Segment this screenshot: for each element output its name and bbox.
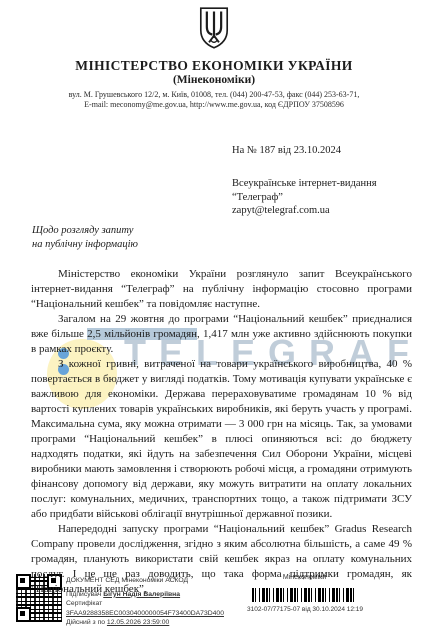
valid-from-label: Дійсний з bbox=[66, 619, 98, 626]
reference-number: На № 187 від 23.10.2024 bbox=[232, 145, 341, 156]
qr-finder-pattern bbox=[16, 574, 31, 589]
ministry-contact-line: E-mail: meconomy@me.gov.ua, http://www.m… bbox=[0, 100, 428, 109]
subject-block: Щодо розгляду запиту на публічну інформа… bbox=[32, 224, 138, 251]
valid-to-label: по bbox=[98, 619, 107, 626]
subject-line: на публічну інформацію bbox=[32, 238, 138, 252]
paragraph: Загалом на 29 жовтня до програми “Націон… bbox=[31, 312, 412, 357]
subject-line: Щодо розгляду запиту bbox=[32, 224, 138, 238]
certificate-line: Сертифікат 3FAA9288358EC0030400000054F73… bbox=[66, 599, 251, 618]
valid-date: 12.05.2026 23:59:00 bbox=[107, 619, 169, 626]
addressee-email: zapyt@telegraf.com.ua bbox=[232, 204, 377, 218]
paragraph: Напередодні запуску програми “Національн… bbox=[31, 522, 412, 597]
addressee-line: Всеукраїнське інтернет-видання bbox=[232, 177, 377, 191]
addressee-line: “Телеграф” bbox=[232, 191, 377, 205]
qr-finder-pattern bbox=[16, 607, 31, 622]
addressee-block: Всеукраїнське інтернет-видання “Телеграф… bbox=[232, 177, 377, 218]
document-registration-number: 3102-07/77175-07 від 30.10.2024 12:19 bbox=[247, 606, 362, 613]
letter-body: Міністерство економіки України розглянул… bbox=[31, 267, 412, 597]
certificate-value: 3FAA9288358EC0030400000054F73400DA73D400 bbox=[66, 610, 224, 617]
ministry-short-name: (Мінекономіки) bbox=[0, 74, 428, 86]
paragraph: З кожної гривні, витраченої на товари ук… bbox=[31, 357, 412, 522]
highlighted-text: 2,5 мільйонів громадян bbox=[87, 328, 197, 340]
paragraph: Міністерство економіки України розглянул… bbox=[31, 267, 412, 312]
scanned-letter-page: МІНІСТЕРСТВО ЕКОНОМІКИ УКРАЇНИ (Мінеконо… bbox=[0, 0, 428, 629]
validity-line: Дійсний з по 12.05.2026 23:59:00 bbox=[66, 618, 251, 628]
ministry-title: МІНІСТЕРСТВО ЕКОНОМІКИ УКРАЇНИ bbox=[0, 58, 428, 74]
ministry-address-line: вул. М. Грушевського 12/2, м. Київ, 0100… bbox=[0, 90, 428, 99]
ukraine-trident-emblem-icon bbox=[196, 6, 232, 50]
certificate-label: Сертифікат bbox=[66, 600, 102, 607]
